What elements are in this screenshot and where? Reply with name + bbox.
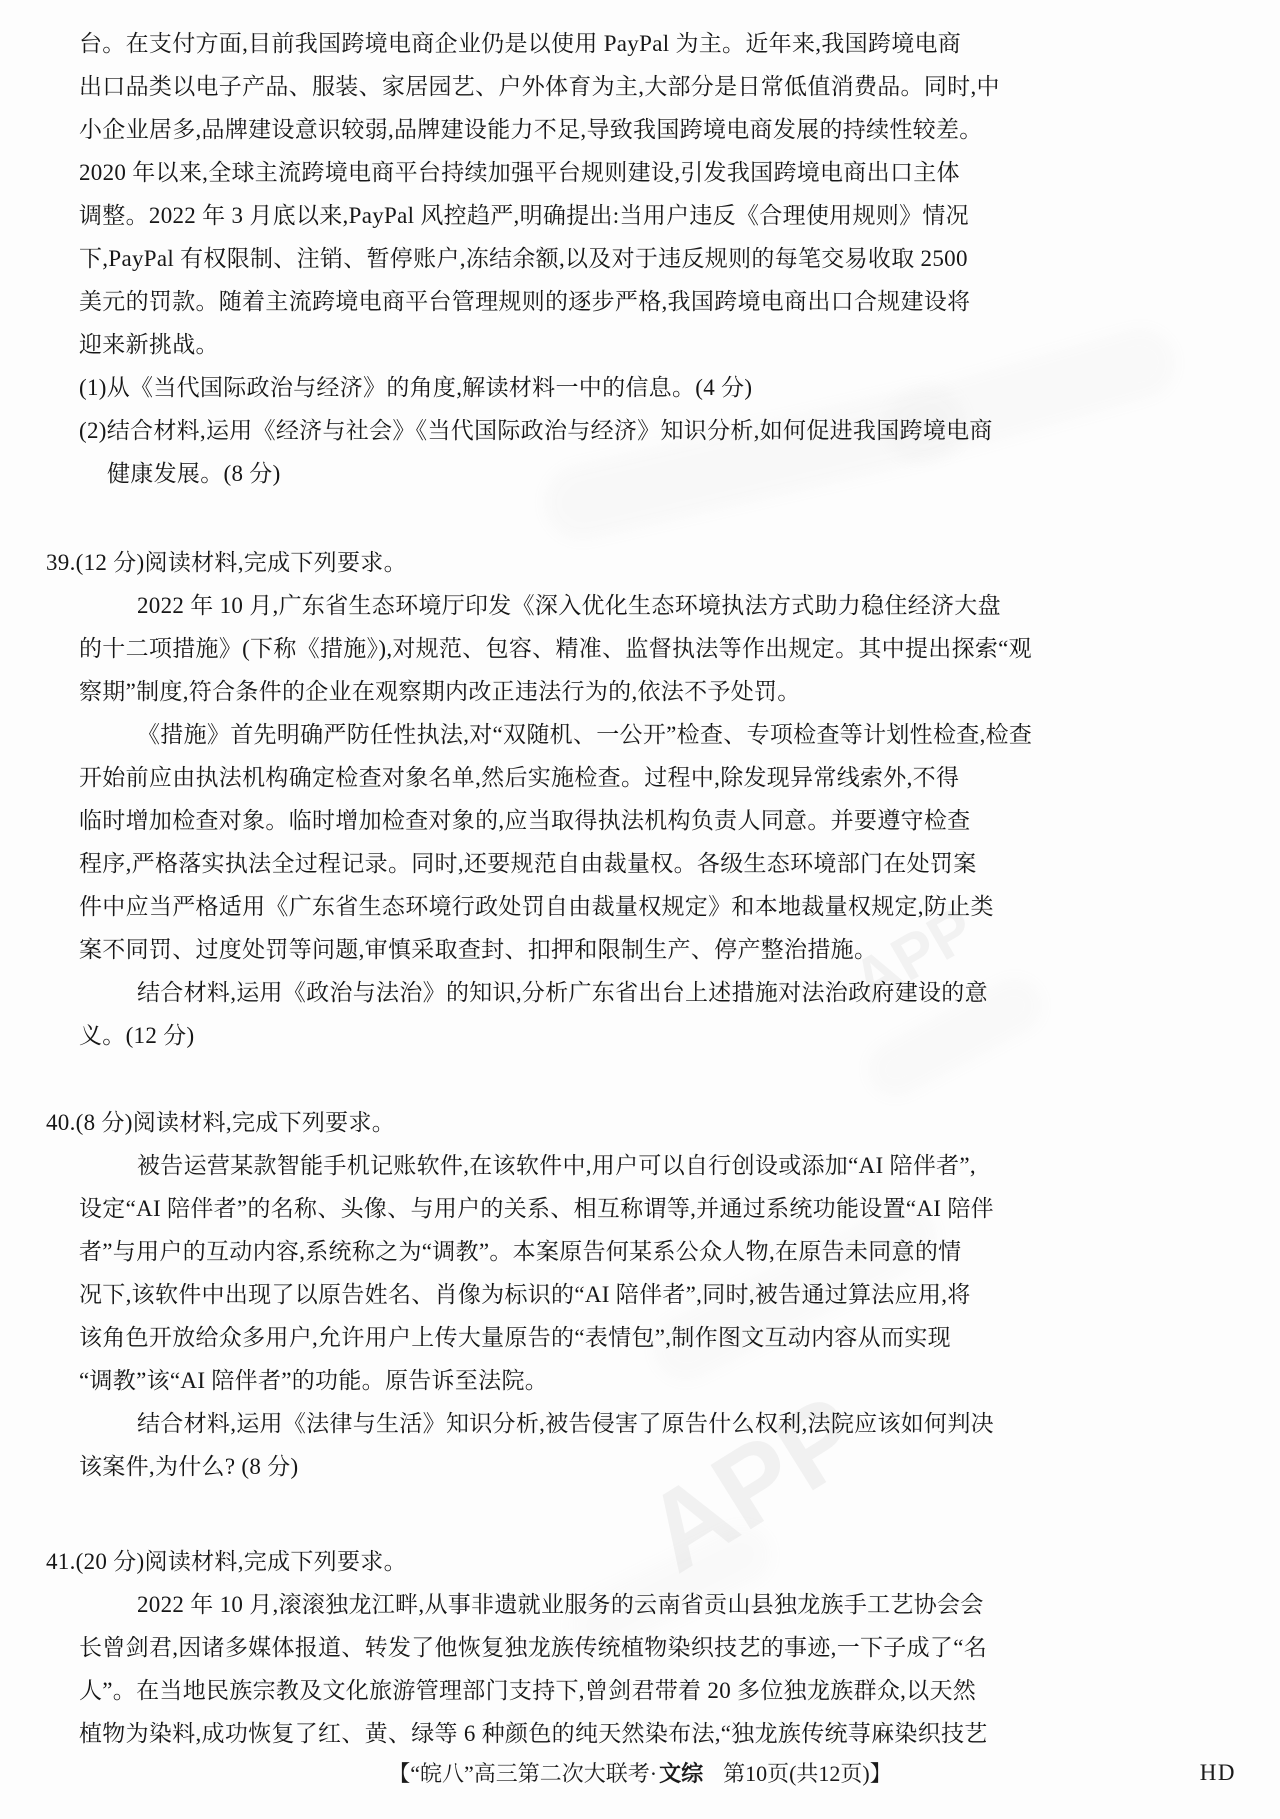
question-38-part-2-line: (2)结合材料,运用《经济与社会》《当代国际政治与经济》知识分析,如何促进我国跨… bbox=[79, 409, 1073, 452]
exam-text-area: 台。在支付方面,目前我国跨境电商企业仍是以使用 PayPal 为主。近年来,我国… bbox=[79, 22, 1073, 1755]
question-39-line: 临时增加检查对象。临时增加检查对象的,应当取得执法机构负责人同意。并要遵守检查 bbox=[79, 799, 1073, 842]
question-39-line: 义。(12 分) bbox=[79, 1014, 1073, 1057]
question-40-line: 被告运营某款智能手机记账软件,在该软件中,用户可以自行创设或添加“AI 陪伴者”… bbox=[79, 1144, 1073, 1187]
material-one-continuation-line: 美元的罚款。随着主流跨境电商平台管理规则的逐步严格,我国跨境电商出口合规建设将 bbox=[79, 280, 1073, 323]
question-41-line: 41.(20 分)阅读材料,完成下列要求。 bbox=[46, 1540, 1073, 1583]
question-39-line: 的十二项措施》(下称《措施》),对规范、包容、精准、监督执法等作出规定。其中提出… bbox=[79, 627, 1073, 670]
footer-exam-title: 【“皖八”高三第二次大联考· bbox=[388, 1761, 657, 1786]
material-one-continuation-line: 小企业居多,品牌建设意识较弱,品牌建设能力不足,导致我国跨境电商发展的持续性较差… bbox=[79, 108, 1073, 151]
footer-version-code: HD bbox=[1200, 1760, 1236, 1786]
question-40-line: “调教”该“AI 陪伴者”的功能。原告诉至法院。 bbox=[79, 1359, 1073, 1402]
question-38-part-1-line: (1)从《当代国际政治与经济》的角度,解读材料一中的信息。(4 分) bbox=[79, 366, 1073, 409]
question-39: 39.(12 分)阅读材料,完成下列要求。2022 年 10 月,广东省生态环境… bbox=[79, 541, 1073, 1057]
material-one-continuation: 台。在支付方面,目前我国跨境电商企业仍是以使用 PayPal 为主。近年来,我国… bbox=[79, 22, 1073, 366]
question-38-part-2: (2)结合材料,运用《经济与社会》《当代国际政治与经济》知识分析,如何促进我国跨… bbox=[79, 409, 1073, 495]
material-one-continuation-line: 出口品类以电子产品、服装、家居园艺、户外体育为主,大部分是日常低值消费品。同时,… bbox=[79, 65, 1073, 108]
question-41-line: 2022 年 10 月,滚滚独龙江畔,从事非遗就业服务的云南省贡山县独龙族手工艺… bbox=[79, 1583, 1073, 1626]
question-41-line: 人”。在当地民族宗教及文化旅游管理部门支持下,曾剑君带着 20 多位独龙族群众,… bbox=[79, 1669, 1073, 1712]
question-38-part-1: (1)从《当代国际政治与经济》的角度,解读材料一中的信息。(4 分) bbox=[79, 366, 1073, 409]
question-39-line: 《措施》首先明确严防任性执法,对“双随机、一公开”检查、专项检查等计划性检查,检… bbox=[79, 713, 1073, 756]
page-footer: 【“皖八”高三第二次大联考·文综第10页(共12页)】 bbox=[0, 1757, 1280, 1788]
question-39-line: 结合材料,运用《政治与法治》的知识,分析广东省出台上述措施对法治政府建设的意 bbox=[79, 971, 1073, 1014]
question-40-line: 设定“AI 陪伴者”的名称、头像、与用户的关系、相互称谓等,并通过系统功能设置“… bbox=[79, 1187, 1073, 1230]
question-40-line: 40.(8 分)阅读材料,完成下列要求。 bbox=[46, 1101, 1073, 1144]
question-40-line: 者”与用户的互动内容,系统称之为“调教”。本案原告何某系公众人物,在原告未同意的… bbox=[79, 1230, 1073, 1273]
question-39-line: 开始前应由执法机构确定检查对象名单,然后实施检查。过程中,除发现异常线索外,不得 bbox=[79, 756, 1073, 799]
question-41-line: 植物为染料,成功恢复了红、黄、绿等 6 种颜色的纯天然染布法,“独龙族传统荨麻染… bbox=[79, 1712, 1073, 1755]
question-39-line: 案不同罚、过度处罚等问题,审慎采取查封、扣押和限制生产、停产整治措施。 bbox=[79, 928, 1073, 971]
question-39-line: 察期”制度,符合条件的企业在观察期内改正违法行为的,依法不予处罚。 bbox=[79, 670, 1073, 713]
material-one-continuation-line: 台。在支付方面,目前我国跨境电商企业仍是以使用 PayPal 为主。近年来,我国… bbox=[79, 22, 1073, 65]
question-39-line: 程序,严格落实执法全过程记录。同时,还要规范自由裁量权。各级生态环境部门在处罚案 bbox=[79, 842, 1073, 885]
question-40-line: 况下,该软件中出现了以原告姓名、肖像为标识的“AI 陪伴者”,同时,被告通过算法… bbox=[79, 1273, 1073, 1316]
question-40-line: 该案件,为什么? (8 分) bbox=[79, 1445, 1073, 1488]
question-41-line: 长曾剑君,因诸多媒体报道、转发了他恢复独龙族传统植物染织技艺的事迹,一下子成了“… bbox=[79, 1626, 1073, 1669]
question-40-line: 该角色开放给众多用户,允许用户上传大量原告的“表情包”,制作图文互动内容从而实现 bbox=[79, 1316, 1073, 1359]
material-one-continuation-line: 下,PayPal 有权限制、注销、暂停账户,冻结余额,以及对于违反规则的每笔交易… bbox=[79, 237, 1073, 280]
question-40-line: 结合材料,运用《法律与生活》知识分析,被告侵害了原告什么权利,法院应该如何判决 bbox=[79, 1402, 1073, 1445]
material-one-continuation-line: 调整。2022 年 3 月底以来,PayPal 风控趋严,明确提出:当用户违反《… bbox=[79, 194, 1073, 237]
question-39-line: 2022 年 10 月,广东省生态环境厅印发《深入优化生态环境执法方式助力稳住经… bbox=[79, 584, 1073, 627]
exam-paper-page: APPAPP 台。在支付方面,目前我国跨境电商企业仍是以使用 PayPal 为主… bbox=[0, 0, 1280, 1819]
question-41: 41.(20 分)阅读材料,完成下列要求。2022 年 10 月,滚滚独龙江畔,… bbox=[79, 1540, 1073, 1755]
question-38-part-2-line: 健康发展。(8 分) bbox=[79, 452, 1073, 495]
footer-subject: 文综 bbox=[659, 1761, 703, 1786]
question-39-line: 39.(12 分)阅读材料,完成下列要求。 bbox=[46, 541, 1073, 584]
material-one-continuation-line: 迎来新挑战。 bbox=[79, 323, 1073, 366]
question-39-line: 件中应当严格适用《广东省生态环境行政处罚自由裁量权规定》和本地裁量权规定,防止类 bbox=[79, 885, 1073, 928]
question-40: 40.(8 分)阅读材料,完成下列要求。被告运营某款智能手机记账软件,在该软件中… bbox=[79, 1101, 1073, 1488]
material-one-continuation-line: 2020 年以来,全球主流跨境电商平台持续加强平台规则建设,引发我国跨境电商出口… bbox=[79, 151, 1073, 194]
footer-page-number: 第10页(共12页)】 bbox=[723, 1761, 892, 1786]
